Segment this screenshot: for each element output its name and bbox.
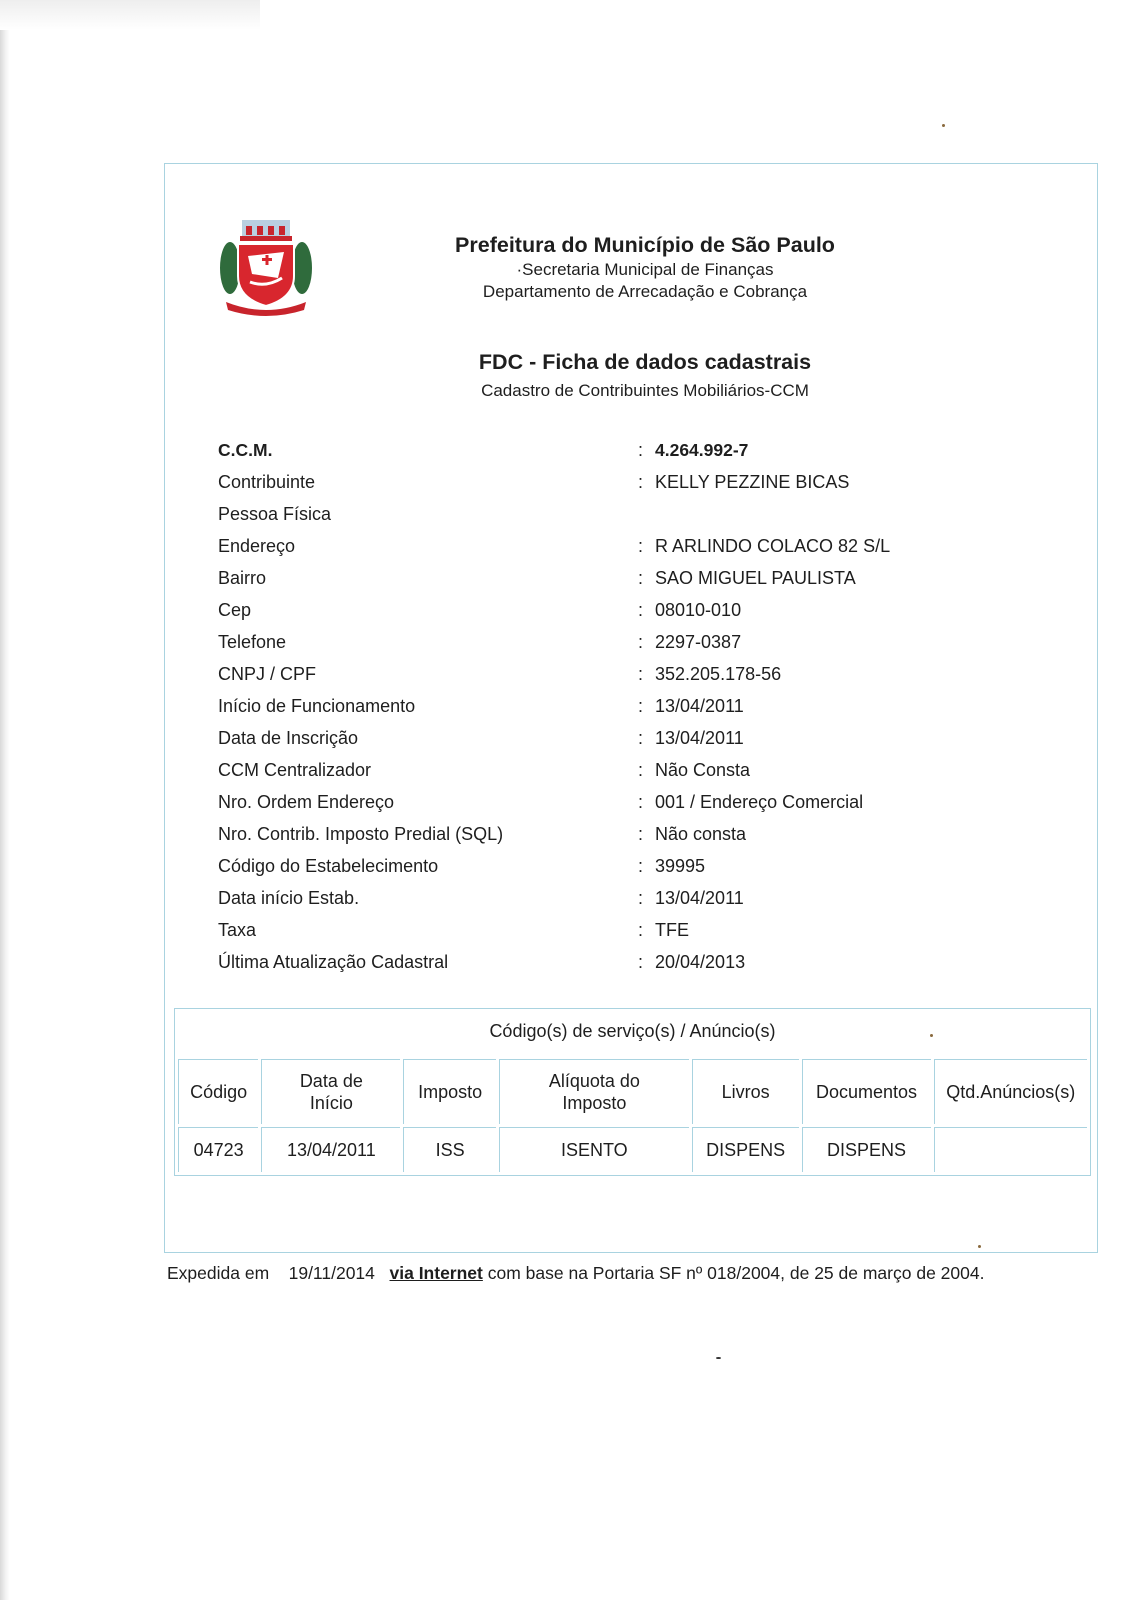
field-value: 13/04/2011 (655, 695, 744, 717)
table-cell (934, 1127, 1087, 1172)
field-value: 001 / Endereço Comercial (655, 791, 863, 813)
field-row: Endereço:R ARLINDO COLACO 82 S/L (218, 535, 1018, 567)
field-row: Contribuinte:KELLY PEZZINE BICAS (218, 471, 1018, 503)
field-label: Pessoa Física (218, 503, 331, 525)
field-colon: : (638, 791, 643, 813)
issued-prefix: Expedida em (167, 1263, 269, 1283)
table-row: 0472313/04/2011ISSISENTODISPENSDISPENS (178, 1127, 1087, 1172)
column-header-line: Qtd.Anúncios(s) (935, 1081, 1087, 1103)
field-colon: : (638, 919, 643, 941)
field-colon: : (638, 695, 643, 717)
field-row: Última Atualização Cadastral:20/04/2013 (218, 951, 1018, 983)
service-codes-title: Código(s) de serviço(s) / Anúncio(s) (175, 1021, 1090, 1042)
field-value: KELLY PEZZINE BICAS (655, 471, 849, 493)
field-row: C.C.M.:4.264.992-7 (218, 439, 1018, 471)
field-colon: : (638, 823, 643, 845)
field-value: 352.205.178-56 (655, 663, 781, 685)
issued-suffix: com base na Portaria SF nº 018/2004, de … (488, 1263, 985, 1283)
field-value: TFE (655, 919, 689, 941)
field-row: Data início Estab.:13/04/2011 (218, 887, 1018, 919)
table-header-row: CódigoData deInícioImpostoAlíquota doImp… (178, 1059, 1087, 1124)
field-label: Telefone (218, 631, 286, 653)
field-colon: : (638, 951, 643, 973)
via-internet-link[interactable]: via Internet (390, 1263, 483, 1283)
table-cell: ISS (403, 1127, 495, 1172)
field-label: Data de Inscrição (218, 727, 358, 749)
column-header-line: Data de (262, 1070, 400, 1092)
field-row: CCM Centralizador:Não Consta (218, 759, 1018, 791)
org-title: Prefeitura do Município de São Paulo (400, 233, 890, 258)
secretaria-line: ·Secretaria Municipal de Finanças (400, 260, 890, 280)
scan-speck (716, 1357, 721, 1359)
table-cell: DISPENS (692, 1127, 799, 1172)
field-colon: : (638, 599, 643, 621)
field-colon: : (638, 887, 643, 909)
field-row: Data de Inscrição:13/04/2011 (218, 727, 1018, 759)
field-row: Nro. Contrib. Imposto Predial (SQL):Não … (218, 823, 1018, 855)
column-header-line: Documentos (803, 1081, 931, 1103)
table-cell: DISPENS (802, 1127, 931, 1172)
field-value: 2297-0387 (655, 631, 741, 653)
field-value: SAO MIGUEL PAULISTA (655, 567, 856, 589)
field-colon: : (638, 471, 643, 493)
field-value: 08010-010 (655, 599, 741, 621)
service-codes-table: CódigoData deInícioImpostoAlíquota doImp… (175, 1056, 1090, 1175)
column-header-line: Livros (693, 1081, 799, 1103)
field-value: 20/04/2013 (655, 951, 745, 973)
scan-shadow-edge (0, 0, 10, 1600)
field-label: Endereço (218, 535, 295, 557)
sao-paulo-coat-of-arms-icon (218, 218, 314, 318)
field-row: Código do Estabelecimento:39995 (218, 855, 1018, 887)
registration-fields: C.C.M.:4.264.992-7Contribuinte:KELLY PEZ… (218, 439, 1018, 983)
field-row: Nro. Ordem Endereço:001 / Endereço Comer… (218, 791, 1018, 823)
field-label: Nro. Contrib. Imposto Predial (SQL) (218, 823, 503, 845)
field-row: Cep:08010-010 (218, 599, 1018, 631)
field-value: Não consta (655, 823, 746, 845)
field-label: Nro. Ordem Endereço (218, 791, 394, 813)
column-header: Qtd.Anúncios(s) (934, 1059, 1087, 1124)
scan-speck (930, 1034, 933, 1037)
departamento-line: Departamento de Arrecadação e Cobrança (400, 282, 890, 302)
field-label: Bairro (218, 567, 266, 589)
field-colon: : (638, 535, 643, 557)
field-value: 13/04/2011 (655, 887, 744, 909)
field-row: CNPJ / CPF:352.205.178-56 (218, 663, 1018, 695)
field-label: Contribuinte (218, 471, 315, 493)
field-row: Telefone:2297-0387 (218, 631, 1018, 663)
column-header: Alíquota doImposto (499, 1059, 689, 1124)
field-value: Não Consta (655, 759, 750, 781)
column-header-line: Imposto (404, 1081, 495, 1103)
table-cell: 04723 (178, 1127, 258, 1172)
column-header-line: Alíquota do (500, 1070, 689, 1092)
field-label: Última Atualização Cadastral (218, 951, 448, 973)
field-row: Bairro:SAO MIGUEL PAULISTA (218, 567, 1018, 599)
column-header: Código (178, 1059, 258, 1124)
field-label: Data início Estab. (218, 887, 359, 909)
field-colon: : (638, 663, 643, 685)
column-header-line: Início (262, 1092, 400, 1114)
column-header: Livros (692, 1059, 799, 1124)
field-colon: : (638, 759, 643, 781)
field-value: 4.264.992-7 (655, 439, 748, 461)
field-row: Pessoa Física (218, 503, 1018, 535)
field-value: R ARLINDO COLACO 82 S/L (655, 535, 890, 557)
field-value: 39995 (655, 855, 705, 877)
field-row: Início de Funcionamento:13/04/2011 (218, 695, 1018, 727)
scan-speck (978, 1245, 981, 1248)
field-label: CCM Centralizador (218, 759, 371, 781)
scan-speck (942, 124, 945, 127)
field-label: Cep (218, 599, 251, 621)
column-header: Data deInício (261, 1059, 400, 1124)
service-codes-box: Código(s) de serviço(s) / Anúncio(s) Cód… (174, 1008, 1091, 1176)
field-label: Taxa (218, 919, 256, 941)
field-colon: : (638, 631, 643, 653)
field-colon: : (638, 727, 643, 749)
column-header: Imposto (403, 1059, 495, 1124)
column-header-line: Código (179, 1081, 258, 1103)
field-colon: : (638, 439, 643, 461)
column-header: Documentos (802, 1059, 931, 1124)
field-value: 13/04/2011 (655, 727, 744, 749)
scan-shadow-top (0, 0, 260, 30)
document-title: FDC - Ficha de dados cadastrais (400, 350, 890, 375)
column-header-line: Imposto (500, 1092, 689, 1114)
issued-date: 19/11/2014 (289, 1263, 375, 1283)
table-cell: ISENTO (499, 1127, 689, 1172)
field-colon: : (638, 855, 643, 877)
table-cell: 13/04/2011 (261, 1127, 400, 1172)
field-row: Taxa:TFE (218, 919, 1018, 951)
issued-footer: Expedida em 19/11/2014 via Internet com … (167, 1263, 984, 1284)
field-colon: : (638, 567, 643, 589)
field-label: C.C.M. (218, 439, 272, 461)
field-label: Início de Funcionamento (218, 695, 415, 717)
field-label: Código do Estabelecimento (218, 855, 438, 877)
document-subtitle: Cadastro de Contribuintes Mobiliários-CC… (400, 381, 890, 401)
field-label: CNPJ / CPF (218, 663, 316, 685)
